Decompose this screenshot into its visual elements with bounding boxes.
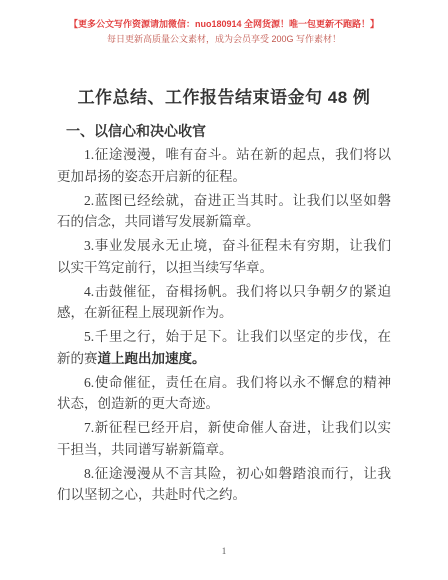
paragraph-text: 7.新征程已经开启，新使命催人奋进，让我们以实干担当，共同谱写崭新篇章。 bbox=[57, 420, 391, 457]
document-title: 工作总结、工作报告结束语金句 48 例 bbox=[0, 83, 448, 108]
paragraph-2: 2.蓝图已经绘就，奋进正当其时。让我们以坚如磐石的信念，共同谱写发展新篇章。 bbox=[57, 190, 391, 233]
paragraph-7: 7.新征程已经开启，新使命催人奋进，让我们以实干担当，共同谱写崭新篇章。 bbox=[57, 417, 391, 460]
paragraph-text: 4.击鼓催征，奋楫扬帆。我们将以只争朝夕的紧迫感，在新征程上展现新作为。 bbox=[57, 284, 391, 321]
promo-line-2: 每日更新高质量公文素材，成为会员享受 200G 写作素材！ bbox=[0, 32, 448, 47]
paragraph-text: 1.征途漫漫，唯有奋斗。站在新的起点，我们将以更加昂扬的姿态开启新的征程。 bbox=[57, 147, 391, 184]
paragraph-8: 8.征途漫漫从不言其险，初心如磐踏浪而行，让我们以坚韧之心，共赴时代之约。 bbox=[57, 463, 391, 506]
paragraph-text: 2.蓝图已经绘就，奋进正当其时。让我们以坚如磐石的信念，共同谱写发展新篇章。 bbox=[57, 193, 391, 230]
paragraph-3: 3.事业发展永无止境，奋斗征程未有穷期，让我们以实干笃定前行，以担当续写华章。 bbox=[57, 235, 391, 278]
paragraph-text: 6.使命催征，责任在肩。我们将以永不懈怠的精神状态，创造新的更大奇迹。 bbox=[57, 375, 391, 412]
document-body: 1.征途漫漫，唯有奋斗。站在新的起点，我们将以更加昂扬的姿态开启新的征程。 2.… bbox=[0, 144, 448, 506]
paragraph-text: 8.征途漫漫从不言其险，初心如磐踏浪而行，让我们以坚韧之心，共赴时代之约。 bbox=[57, 466, 391, 503]
section-heading: 一、以信心和决心收官 bbox=[0, 121, 448, 141]
paragraph-4: 4.击鼓催征，奋楫扬帆。我们将以只争朝夕的紧迫感，在新征程上展现新作为。 bbox=[57, 281, 391, 324]
paragraph-6: 6.使命催征，责任在肩。我们将以永不懈怠的精神状态，创造新的更大奇迹。 bbox=[57, 372, 391, 415]
document-page: 【更多公文写作资源请加微信：nuo180914 全网货源！唯一包更新不跑路！】 … bbox=[0, 0, 448, 580]
paragraph-bold-text: 道上跑出加速度。 bbox=[98, 351, 206, 366]
page-number: 1 bbox=[0, 546, 448, 556]
paragraph-5: 5.千里之行，始于足下。让我们以坚定的步伐，在新的赛道上跑出加速度。 bbox=[57, 326, 391, 369]
promo-header: 【更多公文写作资源请加微信：nuo180914 全网货源！唯一包更新不跑路！】 … bbox=[0, 17, 448, 47]
paragraph-text: 3.事业发展永无止境，奋斗征程未有穷期，让我们以实干笃定前行，以担当续写华章。 bbox=[57, 238, 391, 275]
paragraph-1: 1.征途漫漫，唯有奋斗。站在新的起点，我们将以更加昂扬的姿态开启新的征程。 bbox=[57, 144, 391, 187]
promo-line-1: 【更多公文写作资源请加微信：nuo180914 全网货源！唯一包更新不跑路！】 bbox=[0, 17, 448, 32]
